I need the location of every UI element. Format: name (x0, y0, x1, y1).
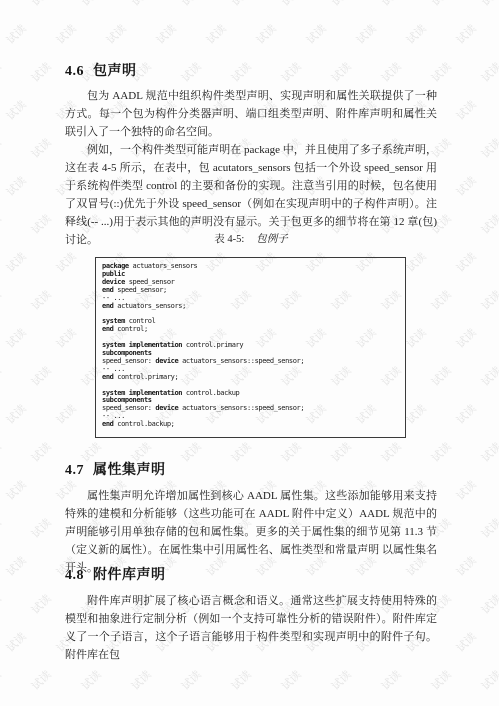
section-number: 4.7 (65, 463, 84, 478)
section-title: 附件库声明 (93, 566, 166, 582)
code-line: speed_sensor: device actuators_sensors::… (102, 358, 399, 366)
code-line: end speed_sensor; (102, 287, 399, 295)
table-caption-title: 包例子 (256, 234, 288, 245)
section-title: 包声明 (93, 62, 137, 78)
code-line: end control.backup; (102, 421, 399, 429)
paragraph-4-6-1: 包为 AADL 规范中组织构件类型声明、实现声明和属性关联提供了一种方式。每一个… (65, 87, 437, 141)
code-example-box: package actuators_sensorspublicdevice sp… (95, 257, 406, 438)
table-caption: 表 4-5:包例子 (65, 231, 437, 246)
code-line: end control; (102, 326, 399, 334)
code-line: end actuators_sensors; (102, 303, 399, 311)
code-line: end control.primary; (102, 374, 399, 382)
document-page: 试读试读试读试读试读试读试读试读试读试读试读试读试读试读试读试读试读试读试读试读… (0, 0, 499, 706)
section-title: 属性集声明 (93, 461, 166, 477)
section-number: 4.6 (65, 64, 84, 79)
page-content: 4.6包声明 包为 AADL 规范中组织构件类型声明、实现声明和属性关联提供了一… (0, 0, 499, 706)
code-line: speed_sensor: device actuators_sensors::… (102, 405, 399, 413)
paragraph-4-8-1: 附件库声明扩展了核心语言概念和语义。通常这些扩展支持使用特殊的模型和抽象进行定制… (65, 592, 437, 664)
section-number: 4.8 (65, 568, 84, 583)
section-heading-4-8: 4.8附件库声明 (65, 564, 166, 584)
section-heading-4-6: 4.6包声明 (65, 60, 137, 80)
table-caption-label: 表 4-5: (214, 234, 244, 245)
code-line: package actuators_sensors (102, 263, 399, 271)
section-heading-4-7: 4.7属性集声明 (65, 459, 166, 479)
